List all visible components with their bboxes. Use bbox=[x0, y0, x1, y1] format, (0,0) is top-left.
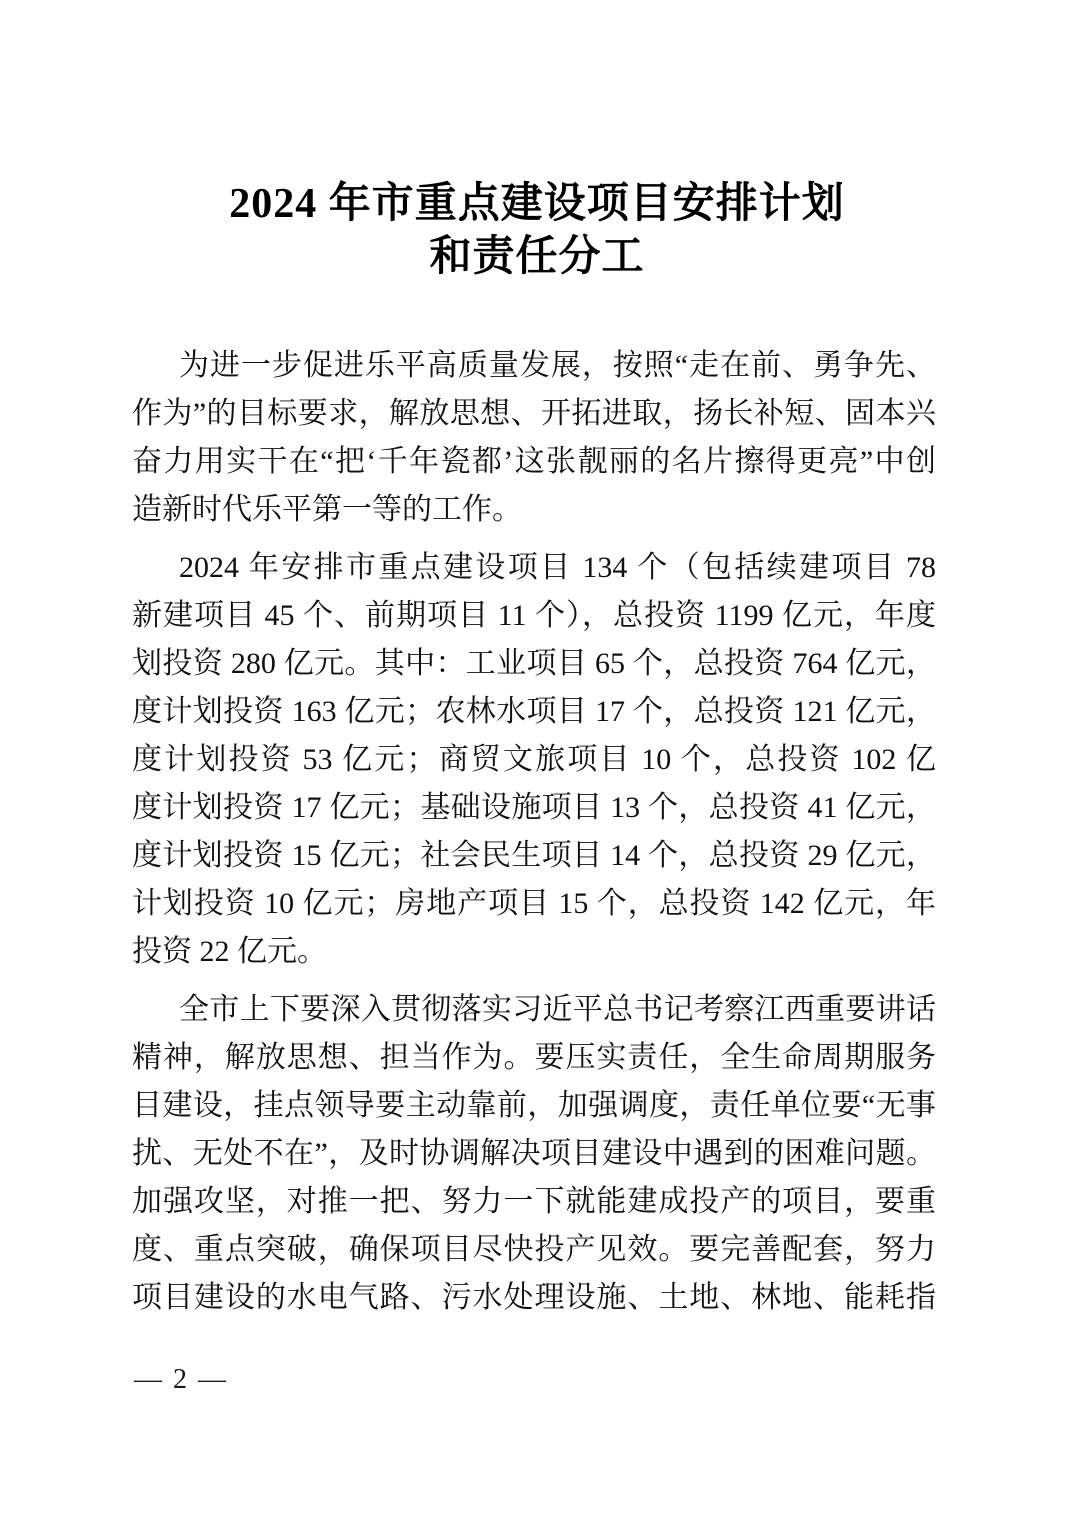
paragraph-2: 2024 年安排市重点建设项目 134 个（包括续建项目 78 个、 新建项目 … bbox=[132, 544, 936, 976]
text-line: 度计划投资 163 亿元；农林水项目 17 个，总投资 121 亿元，年 bbox=[132, 688, 936, 736]
text-line: 项目建设的水电气路、污水处理设施、土地、林地、能耗指标等 bbox=[132, 1274, 936, 1322]
text-line: 新建项目 45 个、前期项目 11 个），总投资 1199 亿元，年度计 bbox=[132, 592, 936, 640]
text-line: 度计划投资 15 亿元；社会民生项目 14 个，总投资 29 亿元，年度 bbox=[132, 832, 936, 880]
text-line: 计划投资 10 亿元；房地产项目 15 个，总投资 142 亿元，年度计划 bbox=[132, 880, 936, 928]
text-line: 扰、无处不在”，及时协调解决项目建设中遇到的困难问题。要 bbox=[132, 1130, 936, 1178]
text-line: 度计划投资 53 亿元；商贸文旅项目 10 个，总投资 102 亿元，年 bbox=[132, 736, 936, 784]
text-line: 划投资 280 亿元。其中：工业项目 65 个，总投资 764 亿元，年 bbox=[132, 640, 936, 688]
text-line: 目建设，挂点领导要主动靠前，加强调度，责任单位要“无事不 bbox=[132, 1082, 936, 1130]
document-page: 2024 年市重点建设项目安排计划 和责任分工 为进一步促进乐平高质量发展，按照… bbox=[0, 0, 1074, 1520]
document-body: 为进一步促进乐平高质量发展，按照“走在前、勇争先、善 作为”的目标要求，解放思想… bbox=[132, 342, 936, 1322]
text-line: 为进一步促进乐平高质量发展，按照“走在前、勇争先、善 bbox=[132, 342, 936, 390]
text-line: 全市上下要深入贯彻落实习近平总书记考察江西重要讲话 bbox=[132, 986, 936, 1034]
document-title-line1: 2024 年市重点建设项目安排计划 bbox=[0, 178, 1074, 231]
text-line: 度计划投资 17 亿元；基础设施项目 13 个，总投资 41 亿元，年 bbox=[132, 784, 936, 832]
text-line: 精神，解放思想、担当作为。要压实责任，全生命周期服务好项 bbox=[132, 1034, 936, 1082]
paragraph-3: 全市上下要深入贯彻落实习近平总书记考察江西重要讲话 精神，解放思想、担当作为。要… bbox=[132, 986, 936, 1322]
text-line: 度、重点突破，确保项目尽快投产见效。要完善配套，努力破解 bbox=[132, 1226, 936, 1274]
paragraph-1: 为进一步促进乐平高质量发展，按照“走在前、勇争先、善 作为”的目标要求，解放思想… bbox=[132, 342, 936, 534]
text-line: 奋力用实干在“把‘千年瓷都’这张靓丽的名片擦得更亮”中创 bbox=[132, 438, 936, 486]
page-number: — 2 — bbox=[134, 1362, 228, 1398]
text-line: 作为”的目标要求，解放思想、开拓进取，扬长补短、固本兴新， bbox=[132, 390, 936, 438]
text-line: 加强攻坚，对推一把、努力一下就能建成投产的项目，要重点调 bbox=[132, 1178, 936, 1226]
document-title: 2024 年市重点建设项目安排计划 和责任分工 bbox=[0, 178, 1074, 284]
document-title-line2: 和责任分工 bbox=[0, 231, 1074, 284]
text-line: 2024 年安排市重点建设项目 134 个（包括续建项目 78 个、 bbox=[132, 544, 936, 592]
text-line: 造新时代乐平第一等的工作。 bbox=[132, 486, 936, 534]
text-line: 投资 22 亿元。 bbox=[132, 928, 936, 976]
